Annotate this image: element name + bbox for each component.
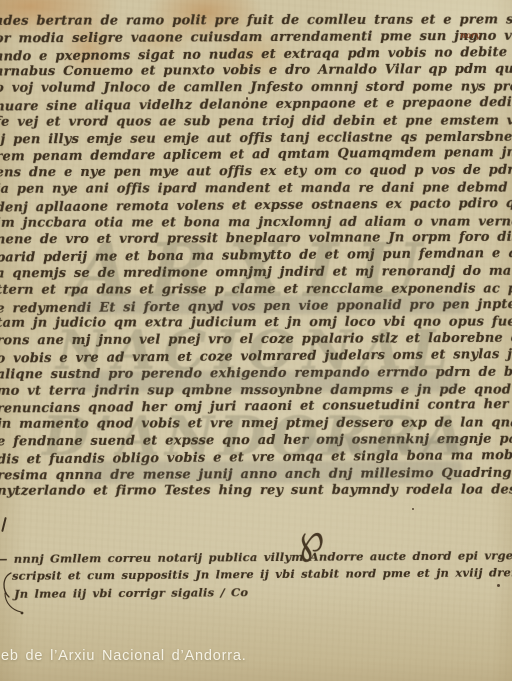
notarial-line: scripsit et cum suppositis Jn lmere ij v… bbox=[0, 564, 512, 585]
script-line: im jnccbara otia me et bona ma jncxlomnj… bbox=[0, 214, 512, 232]
caption: eb de l’Arxiu Nacional d’Andorra. bbox=[1, 648, 247, 664]
script-line: jn mamento qnod vobis et vre nmej ptmej … bbox=[0, 415, 512, 433]
script-line: tam jn judicio qm extra judicium et jn o… bbox=[0, 315, 512, 333]
notarial-line: Jn lmea iij vbi corrigr sigalis / Co bbox=[0, 582, 512, 603]
body-text-block: ades bertran de ramo polit pre fuit de c… bbox=[0, 12, 512, 502]
scan-highlight-band bbox=[74, 295, 466, 314]
scan-highlight-band bbox=[84, 461, 462, 483]
script-line: ens dne e nye pen mye aut offis ex ety o… bbox=[0, 163, 512, 183]
script-line: ades bertran de ramo polit pre fuit de c… bbox=[0, 12, 512, 30]
ink-speck bbox=[497, 584, 500, 587]
notarial-block: — nnnj Gmllem correu notarij publica vil… bbox=[0, 547, 512, 603]
ink-speck bbox=[412, 508, 414, 510]
manuscript-photo: ades bertran de ramo polit pre fuit de c… bbox=[0, 0, 512, 681]
ink-speck bbox=[246, 97, 248, 100]
pen-stroke bbox=[1, 517, 7, 532]
interline-note: nory bbox=[460, 30, 480, 40]
script-line: fe vej et vrord quos ae sub pena trioj d… bbox=[0, 113, 512, 131]
scan-highlight-band bbox=[72, 371, 458, 392]
script-line: nytzerlando et firmo Testes hing rey sun… bbox=[0, 483, 512, 501]
scan-highlight-band bbox=[298, 437, 466, 452]
